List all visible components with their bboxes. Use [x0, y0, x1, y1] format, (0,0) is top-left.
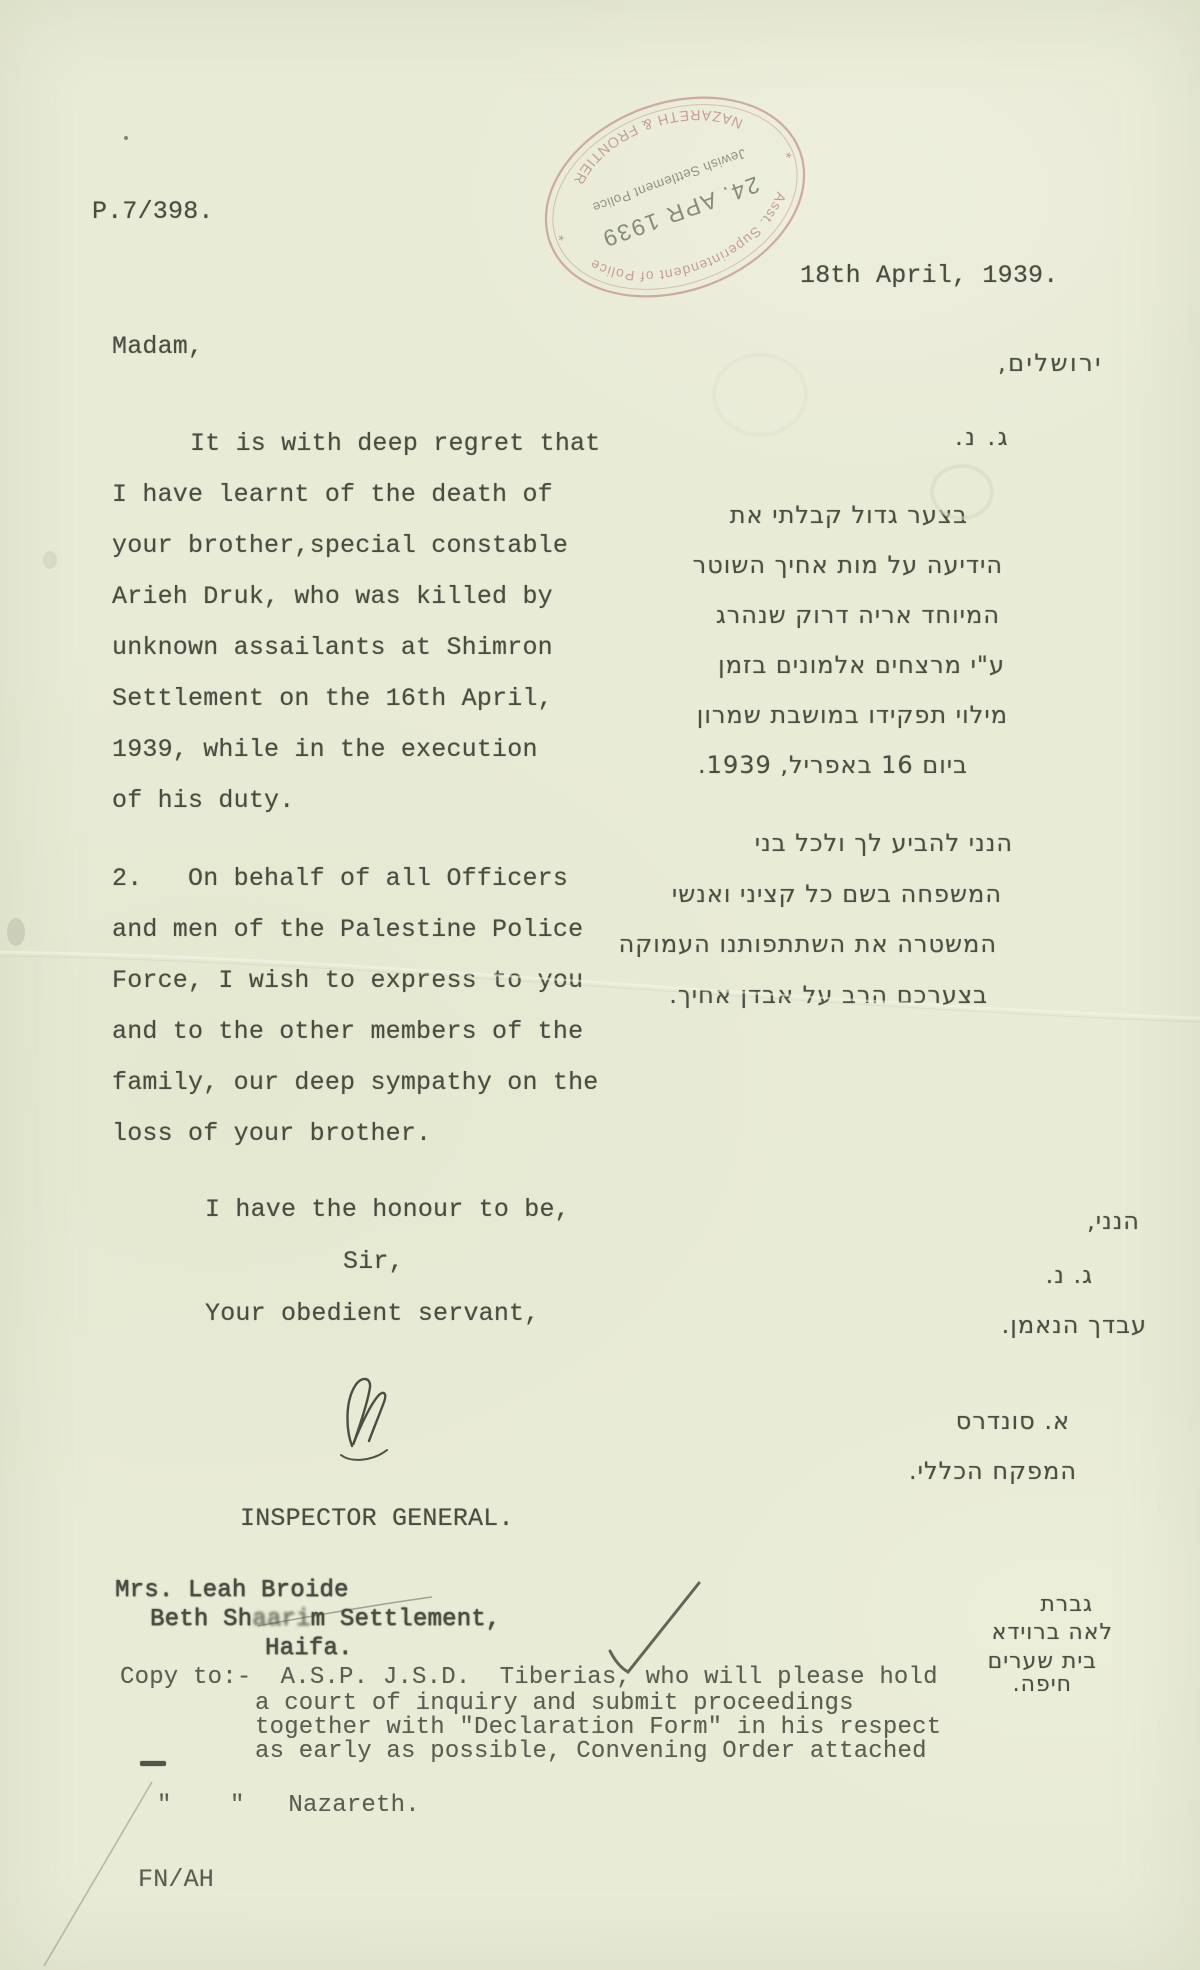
signatory-title-hebrew: המפקח הכללי.: [909, 1458, 1077, 1486]
body-line-hebrew: ע"י מרצחים אלמונים בזמן: [718, 652, 1005, 680]
signatory-title: INSPECTOR GENERAL.: [240, 1505, 514, 1533]
ditto-nazareth-line: " " Nazareth.: [157, 1793, 420, 1819]
recipient-hebrew-1: גברת: [1040, 1592, 1093, 1617]
copy-to-line-1: Copy to:- A.S.P. J.S.D. Tiberias, who wi…: [120, 1665, 938, 1691]
stamp-ring-bottom-text: NAZARETH & FRONTIER: [557, 84, 749, 192]
recipient-hebrew-2: לאה ברוידא: [992, 1620, 1113, 1645]
received-stamp: Asst. Superintendent of Police NAZARETH …: [530, 83, 820, 311]
signatory-name-hebrew: א. סונדרס: [956, 1408, 1070, 1436]
recipient-address: Beth Shaarim Settlement,: [150, 1607, 500, 1633]
body-line-hebrew: בצערכם הרב על אבדן אחיך.: [669, 982, 988, 1010]
body-line-hebrew: המיוחד אריה דרוק שנהרג: [716, 602, 1000, 630]
body-line: and to the other members of the: [112, 1018, 583, 1046]
body-line: I have learnt of the death of: [112, 481, 553, 509]
pencil-line: [44, 1782, 152, 1966]
signature-mark: [341, 1379, 387, 1460]
body-line: family, our deep sympathy on the: [112, 1069, 598, 1097]
body-line: Force, I wish to express to you: [112, 967, 583, 995]
paper-smudge: [43, 551, 57, 569]
recipient-hebrew-3: בית שערים: [988, 1649, 1097, 1674]
copy-to-line-4: as early as possible, Convening Order at…: [255, 1739, 927, 1765]
body-line: Arieh Druk, who was killed by: [112, 583, 553, 611]
recipient-address-prefix: Beth Sh: [150, 1606, 252, 1633]
letter-page: P.7/398. Asst. Superintendent of Police …: [0, 0, 1200, 1970]
body-line: Settlement on the 16th April,: [112, 685, 553, 713]
body-line: your brother,special constable: [112, 532, 568, 560]
valediction-hebrew-2: ג. נ.: [1046, 1262, 1093, 1290]
paper-smudge: [7, 918, 25, 946]
body-line: unknown assailants at Shimron: [112, 634, 553, 662]
valediction-line-1: I have the honour to be,: [205, 1196, 570, 1224]
paper-watermark: [714, 355, 806, 435]
body-line: of his duty.: [112, 787, 294, 815]
body-line: loss of your brother.: [112, 1120, 431, 1148]
body-line-hebrew: הנני להביע לך ולכל בני: [755, 830, 1013, 858]
valediction-line-3: Your obedient servant,: [205, 1300, 539, 1328]
body-line: It is with deep regret that: [190, 430, 600, 458]
valediction-hebrew-1: הנני,: [1087, 1208, 1140, 1236]
body-line-hebrew: ביום 16 באפריל, 1939.: [698, 752, 968, 780]
svg-text:NAZARETH & FRONTIER: NAZARETH & FRONTIER: [557, 84, 749, 192]
paper-speck: [124, 136, 128, 140]
body-line-hebrew: בצער גדול קבלתי את: [730, 502, 968, 530]
body-line: and men of the Palestine Police: [112, 916, 583, 944]
body-line: 2. On behalf of all Officers: [112, 865, 568, 893]
body-line-hebrew: מילוי תפקידו במושבת שמרון: [697, 702, 1008, 730]
recipient-city: Haifa.: [265, 1636, 353, 1662]
valediction-line-2: Sir,: [343, 1248, 404, 1276]
stamp-star-left-icon: *: [782, 143, 793, 161]
place-line-hebrew: ירושלים,: [998, 350, 1103, 378]
typist-initials: FN/AH: [138, 1866, 214, 1894]
reference-number: P.7/398.: [92, 198, 214, 226]
pen-checkmark: [610, 1583, 699, 1672]
recipient-hebrew-4: חיפה.: [1013, 1672, 1072, 1697]
body-line: 1939, while in the execution: [112, 736, 538, 764]
body-line-hebrew: המשטרה את השתתפותנו העמוקה: [619, 931, 997, 959]
recipient-address-suffix: m Settlement,: [311, 1606, 501, 1633]
body-line-hebrew: הידיעה על מות אחיך השוטר: [693, 552, 1003, 580]
body-line-hebrew: המשפחה בשם כל קציני ואנשי: [672, 881, 1002, 909]
recipient-name: Mrs. Leah Broide: [115, 1578, 349, 1604]
underline-mark: [140, 1761, 166, 1766]
recipient-address-smudged: aari: [252, 1606, 310, 1633]
valediction-hebrew-3: עבדך הנאמן.: [1002, 1312, 1147, 1340]
salutation: Madam,: [112, 333, 203, 361]
salutation-hebrew: ג. נ.: [955, 424, 1010, 452]
stamp-star-right-icon: *: [554, 226, 565, 244]
date-line: 18th April, 1939.: [800, 262, 1058, 290]
